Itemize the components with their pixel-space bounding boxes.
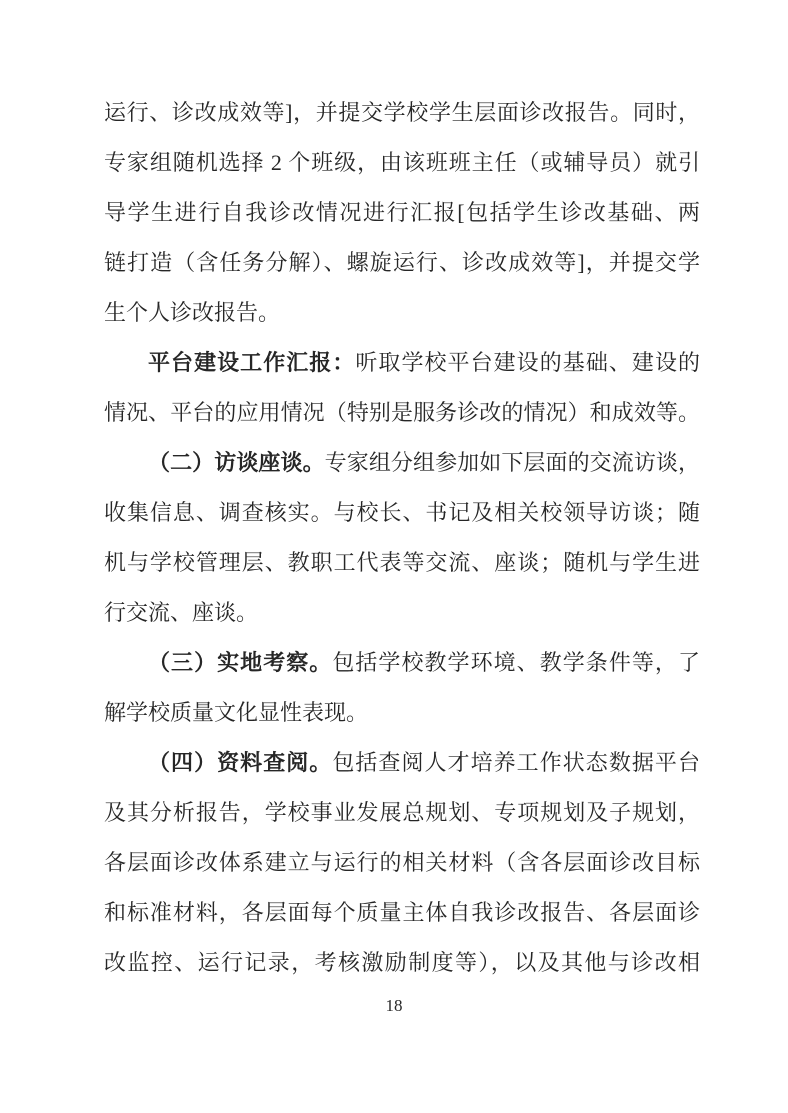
text-line: 和标准材料，各层面每个质量主体自我诊改报告、各层面诊: [104, 888, 700, 938]
text-segment: 链打造（含任务分解）、螺旋运行、诊改成效等]，并提交学: [104, 250, 700, 275]
text-segment: 包括学校教学环境、教学条件等，了: [332, 650, 700, 675]
text-segment: 各层面诊改体系建立与运行的相关材料（含各层面诊改目标: [104, 850, 700, 875]
paragraph: （四）资料查阅。包括查阅人才培养工作状态数据平台及其分析报告，学校事业发展总规划…: [104, 738, 700, 988]
text-line: 导学生进行自我诊改情况进行汇报[包括学生诊改基础、两: [104, 188, 700, 238]
bold-text-segment: （三）实地考察。: [148, 650, 332, 675]
text-segment: 专家组随机选择 2 个班级，由该班班主任（或辅导员）就引: [104, 150, 700, 175]
text-line: （二）访谈座谈。专家组分组参加如下层面的交流访谈，: [104, 438, 700, 488]
paragraph: （三）实地考察。包括学校教学环境、教学条件等，了解学校质量文化显性表现。: [104, 638, 700, 738]
text-segment: 行交流、座谈。: [104, 600, 258, 625]
text-line: 各层面诊改体系建立与运行的相关材料（含各层面诊改目标: [104, 838, 700, 888]
text-block: 运行、诊改成效等]，并提交学校学生层面诊改报告。同时，专家组随机选择 2 个班级…: [104, 88, 700, 988]
bold-text-segment: 平台建设工作汇报：: [148, 350, 355, 375]
text-segment: 生个人诊改报告。: [104, 300, 280, 325]
paragraph: 运行、诊改成效等]，并提交学校学生层面诊改报告。同时，专家组随机选择 2 个班级…: [104, 88, 700, 338]
bold-text-segment: （二）访谈座谈。: [148, 450, 325, 475]
text-line: 收集信息、调查核实。与校长、书记及相关校领导访谈；随: [104, 488, 700, 538]
text-segment: 和标准材料，各层面每个质量主体自我诊改报告、各层面诊: [104, 900, 700, 925]
text-segment: 解学校质量文化显性表现。: [104, 700, 368, 725]
bold-text-segment: （四）资料查阅。: [148, 750, 332, 775]
text-line: （四）资料查阅。包括查阅人才培养工作状态数据平台: [104, 738, 700, 788]
text-line: 链打造（含任务分解）、螺旋运行、诊改成效等]，并提交学: [104, 238, 700, 288]
text-segment: 听取学校平台建设的基础、建设的: [355, 350, 700, 375]
text-line: 平台建设工作汇报：听取学校平台建设的基础、建设的: [104, 338, 700, 388]
text-line: 行交流、座谈。: [104, 588, 700, 638]
text-line: 专家组随机选择 2 个班级，由该班班主任（或辅导员）就引: [104, 138, 700, 188]
text-line: 改监控、运行记录，考核激励制度等），以及其他与诊改相: [104, 938, 700, 988]
paragraph: （二）访谈座谈。专家组分组参加如下层面的交流访谈，收集信息、调查核实。与校长、书…: [104, 438, 700, 638]
text-segment: 改监控、运行记录，考核激励制度等），以及其他与诊改相: [104, 950, 700, 975]
page-number: 18: [0, 994, 788, 1018]
document-page: 运行、诊改成效等]，并提交学校学生层面诊改报告。同时，专家组随机选择 2 个班级…: [0, 0, 788, 1113]
text-segment: 收集信息、调查核实。与校长、书记及相关校领导访谈；随: [104, 500, 700, 525]
text-segment: 专家组分组参加如下层面的交流访谈，: [325, 450, 700, 475]
text-segment: 运行、诊改成效等]，并提交学校学生层面诊改报告。同时，: [104, 100, 700, 125]
text-line: 解学校质量文化显性表现。: [104, 688, 700, 738]
text-segment: 包括查阅人才培养工作状态数据平台: [332, 750, 700, 775]
text-line: 机与学校管理层、教职工代表等交流、座谈；随机与学生进: [104, 538, 700, 588]
text-line: 情况、平台的应用情况（特别是服务诊改的情况）和成效等。: [104, 388, 700, 438]
text-line: 及其分析报告，学校事业发展总规划、专项规划及子规划，: [104, 788, 700, 838]
text-segment: 导学生进行自我诊改情况进行汇报[包括学生诊改基础、两: [104, 200, 700, 225]
text-segment: 及其分析报告，学校事业发展总规划、专项规划及子规划，: [104, 800, 700, 825]
text-segment: 情况、平台的应用情况（特别是服务诊改的情况）和成效等。: [104, 400, 700, 425]
paragraph: 平台建设工作汇报：听取学校平台建设的基础、建设的情况、平台的应用情况（特别是服务…: [104, 338, 700, 438]
text-line: （三）实地考察。包括学校教学环境、教学条件等，了: [104, 638, 700, 688]
text-line: 运行、诊改成效等]，并提交学校学生层面诊改报告。同时，: [104, 88, 700, 138]
text-line: 生个人诊改报告。: [104, 288, 700, 338]
text-segment: 机与学校管理层、教职工代表等交流、座谈；随机与学生进: [104, 550, 700, 575]
